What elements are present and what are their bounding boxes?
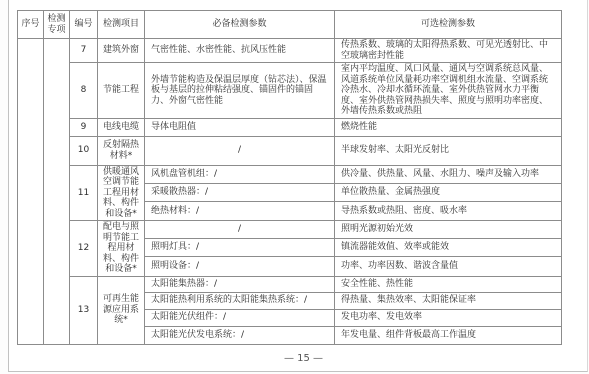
optional-parameters-cell: 功率、功率因数、谐波含量值 xyxy=(335,257,562,276)
special-empty-cell xyxy=(44,39,70,345)
inspection-item-cell: 建筑外窗 xyxy=(98,39,145,63)
optional-parameters-cell: 发电功率、发电效率 xyxy=(335,309,562,326)
optional-parameters-cell: 半球发射率、太阳光反射比 xyxy=(335,136,562,165)
required-parameters-cell: 气密性能、水密性能、抗风压性能 xyxy=(145,39,335,63)
row-number-cell: 12 xyxy=(70,221,98,277)
row-number-cell: 11 xyxy=(70,165,98,221)
optional-parameters-cell: 安全性能、热性能 xyxy=(335,276,562,292)
inspection-item-cell: 电线电缆 xyxy=(98,118,145,136)
optional-parameters-cell: 得热量、集热效率、太阳能保证率 xyxy=(335,292,562,309)
optional-parameters-cell: 镇流器能效值、效率或能效 xyxy=(335,239,562,257)
col-header-optional: 可选检测参数 xyxy=(335,11,562,39)
optional-parameters-cell: 室内平均温度、风口风量、通风与空调系统总风量、风道系统单位风量耗功率空调机组水流… xyxy=(335,63,562,119)
optional-parameters-cell: 供冷量、供热量、风量、水阻力、噪声及输入功率 xyxy=(335,165,562,184)
required-parameters-cell: 太阳能集热器：/ xyxy=(145,276,335,292)
optional-parameters-cell: 照明光源初始光效 xyxy=(335,221,562,239)
col-header-seq: 序号 xyxy=(18,11,44,39)
col-header-required: 必备检测参数 xyxy=(145,11,335,39)
required-parameters-cell: / xyxy=(145,221,335,239)
required-parameters-cell: 照明灯具：/ xyxy=(145,239,335,257)
required-parameters-cell: 外墙节能构造及保温层厚度（钻芯法）、保温板与基层的拉伸粘结强度、锚固件的锚固力、… xyxy=(145,63,335,119)
col-header-item: 检测项目 xyxy=(98,11,145,39)
row-number-cell: 9 xyxy=(70,118,98,136)
inspection-item-cell: 供暖通风空调节能工程用材料、构件和设备* xyxy=(98,165,145,221)
inspection-item-cell: 反射隔热材料* xyxy=(98,136,145,165)
document-page: 序号 检测专项 编号 检测项目 必备检测参数 可选检测参数 7建筑外窗气密性能、… xyxy=(8,0,588,372)
table-row: 10反射隔热材料*/半球发射率、太阳光反射比 xyxy=(18,136,562,165)
col-header-no: 编号 xyxy=(70,11,98,39)
inspection-item-cell: 节能工程 xyxy=(98,63,145,119)
required-parameters-cell: 太阳能光伏发电系统：/ xyxy=(145,326,335,344)
table-row: 13可再生能源应用系统*太阳能集热器：/安全性能、热性能 xyxy=(18,276,562,292)
optional-parameters-cell: 单位散热量、金属热强度 xyxy=(335,184,562,202)
col-header-special: 检测专项 xyxy=(44,11,70,39)
table-row: 11供暖通风空调节能工程用材料、构件和设备*风机盘管机组：/供冷量、供热量、风量… xyxy=(18,165,562,184)
row-number-cell: 8 xyxy=(70,63,98,119)
table-row: 8节能工程外墙节能构造及保温层厚度（钻芯法）、保温板与基层的拉伸粘结强度、锚固件… xyxy=(18,63,562,119)
row-number-cell: 13 xyxy=(70,276,98,344)
required-parameters-cell: 风机盘管机组：/ xyxy=(145,165,335,184)
required-parameters-cell: 采暖散热器：/ xyxy=(145,184,335,202)
table-row: 12配电与照明节能工程用材料、构件和设备*/照明光源初始光效 xyxy=(18,221,562,239)
required-parameters-cell: 绝热材料：/ xyxy=(145,202,335,221)
optional-parameters-cell: 燃烧性能 xyxy=(335,118,562,136)
optional-parameters-cell: 年发电量、组件背板最高工作温度 xyxy=(335,326,562,344)
required-parameters-cell: / xyxy=(145,136,335,165)
required-parameters-cell: 照明设备：/ xyxy=(145,257,335,276)
seq-empty-cell xyxy=(18,39,44,345)
page-number: — 15 — xyxy=(9,353,589,364)
required-parameters-cell: 导体电阻值 xyxy=(145,118,335,136)
required-parameters-cell: 太阳能光伏组件：/ xyxy=(145,309,335,326)
optional-parameters-cell: 导热系数或热阻、密度、吸水率 xyxy=(335,202,562,221)
table-body: 7建筑外窗气密性能、水密性能、抗风压性能传热系数、玻璃的太阳得热系数、可见光透射… xyxy=(18,39,562,345)
table-row: 7建筑外窗气密性能、水密性能、抗风压性能传热系数、玻璃的太阳得热系数、可见光透射… xyxy=(18,39,562,63)
optional-parameters-cell: 传热系数、玻璃的太阳得热系数、可见光透射比、中空玻璃密封性能 xyxy=(335,39,562,63)
table-row: 9电线电缆导体电阻值燃烧性能 xyxy=(18,118,562,136)
required-parameters-cell: 太阳能热利用系统的太阳能集热系统：/ xyxy=(145,292,335,309)
inspection-item-cell: 可再生能源应用系统* xyxy=(98,276,145,344)
row-number-cell: 7 xyxy=(70,39,98,63)
table-header-row: 序号 检测专项 编号 检测项目 必备检测参数 可选检测参数 xyxy=(18,11,562,39)
inspection-parameter-table: 序号 检测专项 编号 检测项目 必备检测参数 可选检测参数 7建筑外窗气密性能、… xyxy=(17,10,562,345)
row-number-cell: 10 xyxy=(70,136,98,165)
inspection-item-cell: 配电与照明节能工程用材料、构件和设备* xyxy=(98,221,145,277)
